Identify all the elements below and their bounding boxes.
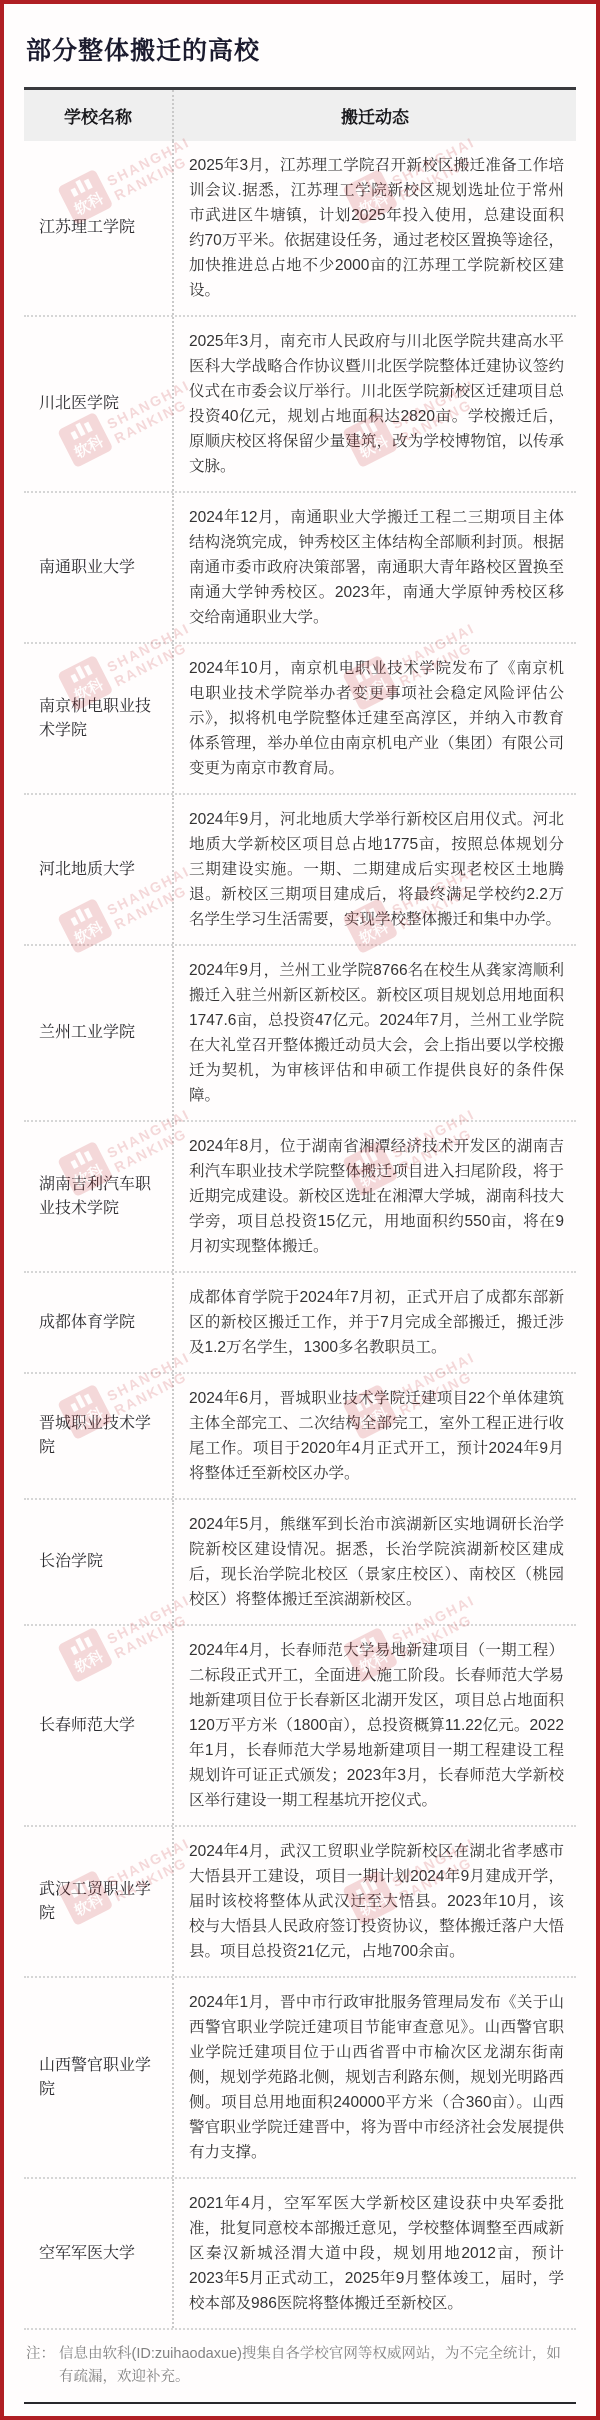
header-school-name: 学校名称: [24, 90, 174, 141]
school-name: 兰州工业学院: [24, 946, 174, 1120]
school-name: 长春师范大学: [24, 1626, 174, 1825]
relocation-detail: 2024年10月，南京机电职业技术学院发布了《南京机电职业技术学院举办者变更事项…: [174, 644, 576, 793]
school-name: 空军军医大学: [24, 2179, 174, 2328]
relocation-detail: 2024年6月，晋城职业技术学院迁建项目22个单体建筑主体全部完工、二次结构全部…: [174, 1374, 576, 1498]
relocation-detail: 2024年4月，武汉工贸职业学院新校区在湖北省孝感市大悟县开工建设，项目一期计划…: [174, 1827, 576, 1976]
table-row: 南通职业大学 2024年12月，南通职业大学搬迁工程二三期项目主体结构浇筑完成，…: [24, 491, 576, 642]
school-name: 山西警官职业学院: [24, 1978, 174, 2177]
footnote-text: 信息由软科(ID:zuihaodaxue)搜集自各学校官网等权威网站，为不完全统…: [59, 2343, 574, 2389]
bottom-divider: [24, 2402, 576, 2404]
school-name: 河北地质大学: [24, 795, 174, 944]
table-header-row: 学校名称 搬迁动态: [24, 90, 576, 141]
school-name: 成都体育学院: [24, 1273, 174, 1372]
relocation-detail: 2024年4月，长春师范大学易地新建项目（一期工程）二标段正式开工，全面进入施工…: [174, 1626, 576, 1825]
relocation-table: 学校名称 搬迁动态 江苏理工学院 2025年3月，江苏理工学院召开新校区搬迁准备…: [24, 87, 576, 2328]
table-row: 成都体育学院 成都体育学院于2024年7月初，正式开启了成都东部新区的新校区搬迁…: [24, 1271, 576, 1372]
relocation-detail: 2024年12月，南通职业大学搬迁工程二三期项目主体结构浇筑完成，钟秀校区主体结…: [174, 493, 576, 642]
relocation-detail: 2025年3月，南充市人民政府与川北医学院共建高水平医科大学战略合作协议暨川北医…: [174, 317, 576, 491]
table-row: 山西警官职业学院 2024年1月，晋中市行政审批服务管理局发布《关于山西警官职业…: [24, 1976, 576, 2177]
table-row: 川北医学院 2025年3月，南充市人民政府与川北医学院共建高水平医科大学战略合作…: [24, 315, 576, 491]
school-name: 武汉工贸职业学院: [24, 1827, 174, 1976]
table-row: 晋城职业技术学院 2024年6月，晋城职业技术学院迁建项目22个单体建筑主体全部…: [24, 1372, 576, 1498]
table-row: 长春师范大学 2024年4月，长春师范大学易地新建项目（一期工程）二标段正式开工…: [24, 1624, 576, 1825]
table-row: 空军军医大学 2021年4月，空军军医大学新校区建设获中央军委批准，批复同意校本…: [24, 2177, 576, 2328]
table-row: 江苏理工学院 2025年3月，江苏理工学院召开新校区搬迁准备工作培训会议.据悉，…: [24, 141, 576, 315]
relocation-detail: 2024年8月，位于湖南省湘潭经济技术开发区的湖南吉利汽车职业技术学院整体搬迁项…: [174, 1122, 576, 1271]
school-name: 南通职业大学: [24, 493, 174, 642]
relocation-detail: 2024年1月，晋中市行政审批服务管理局发布《关于山西警官职业学院迁建项目节能审…: [174, 1978, 576, 2177]
page-title: 部分整体搬迁的高校: [4, 4, 596, 87]
table-row: 兰州工业学院 2024年9月，兰州工业学院8766名在校生从龚家湾顺利搬迁入驻兰…: [24, 944, 576, 1120]
school-name: 江苏理工学院: [24, 141, 174, 315]
school-name: 川北医学院: [24, 317, 174, 491]
school-name: 南京机电职业技术学院: [24, 644, 174, 793]
school-name: 湖南吉利汽车职业技术学院: [24, 1122, 174, 1271]
table-body: 江苏理工学院 2025年3月，江苏理工学院召开新校区搬迁准备工作培训会议.据悉，…: [24, 141, 576, 2328]
header-relocation-status: 搬迁动态: [174, 90, 576, 141]
school-name: 晋城职业技术学院: [24, 1374, 174, 1498]
table-row: 长治学院 2024年5月，熊继军到长治市滨湖新区实地调研长治学院新校区建设情况。…: [24, 1498, 576, 1624]
table-row: 河北地质大学 2024年9月，河北地质大学举行新校区启用仪式。河北地质大学新校区…: [24, 793, 576, 944]
relocation-detail: 2024年5月，熊继军到长治市滨湖新区实地调研长治学院新校区建设情况。据悉，长治…: [174, 1500, 576, 1624]
infographic-canvas: 软科SHANGHAIRANKING软科SHANGHAIRANKING软科SHAN…: [0, 0, 600, 2420]
school-name: 长治学院: [24, 1500, 174, 1624]
table-row: 武汉工贸职业学院 2024年4月，武汉工贸职业学院新校区在湖北省孝感市大悟县开工…: [24, 1825, 576, 1976]
footnote: 注： 信息由软科(ID:zuihaodaxue)搜集自各学校官网等权威网站，为不…: [24, 2328, 576, 2402]
table-row: 湖南吉利汽车职业技术学院 2024年8月，位于湖南省湘潭经济技术开发区的湖南吉利…: [24, 1120, 576, 1271]
relocation-detail: 2024年9月，兰州工业学院8766名在校生从龚家湾顺利搬迁入驻兰州新区新校区。…: [174, 946, 576, 1120]
footnote-prefix: 注：: [26, 2343, 59, 2389]
table-row: 南京机电职业技术学院 2024年10月，南京机电职业技术学院发布了《南京机电职业…: [24, 642, 576, 793]
relocation-detail: 2024年9月，河北地质大学举行新校区启用仪式。河北地质大学新校区项目总占地17…: [174, 795, 576, 944]
relocation-detail: 2025年3月，江苏理工学院召开新校区搬迁准备工作培训会议.据悉，江苏理工学院新…: [174, 141, 576, 315]
relocation-detail: 2021年4月，空军军医大学新校区建设获中央军委批准，批复同意校本部搬迁意见，学…: [174, 2179, 576, 2328]
relocation-detail: 成都体育学院于2024年7月初，正式开启了成都东部新区的新校区搬迁工作，并于7月…: [174, 1273, 576, 1372]
